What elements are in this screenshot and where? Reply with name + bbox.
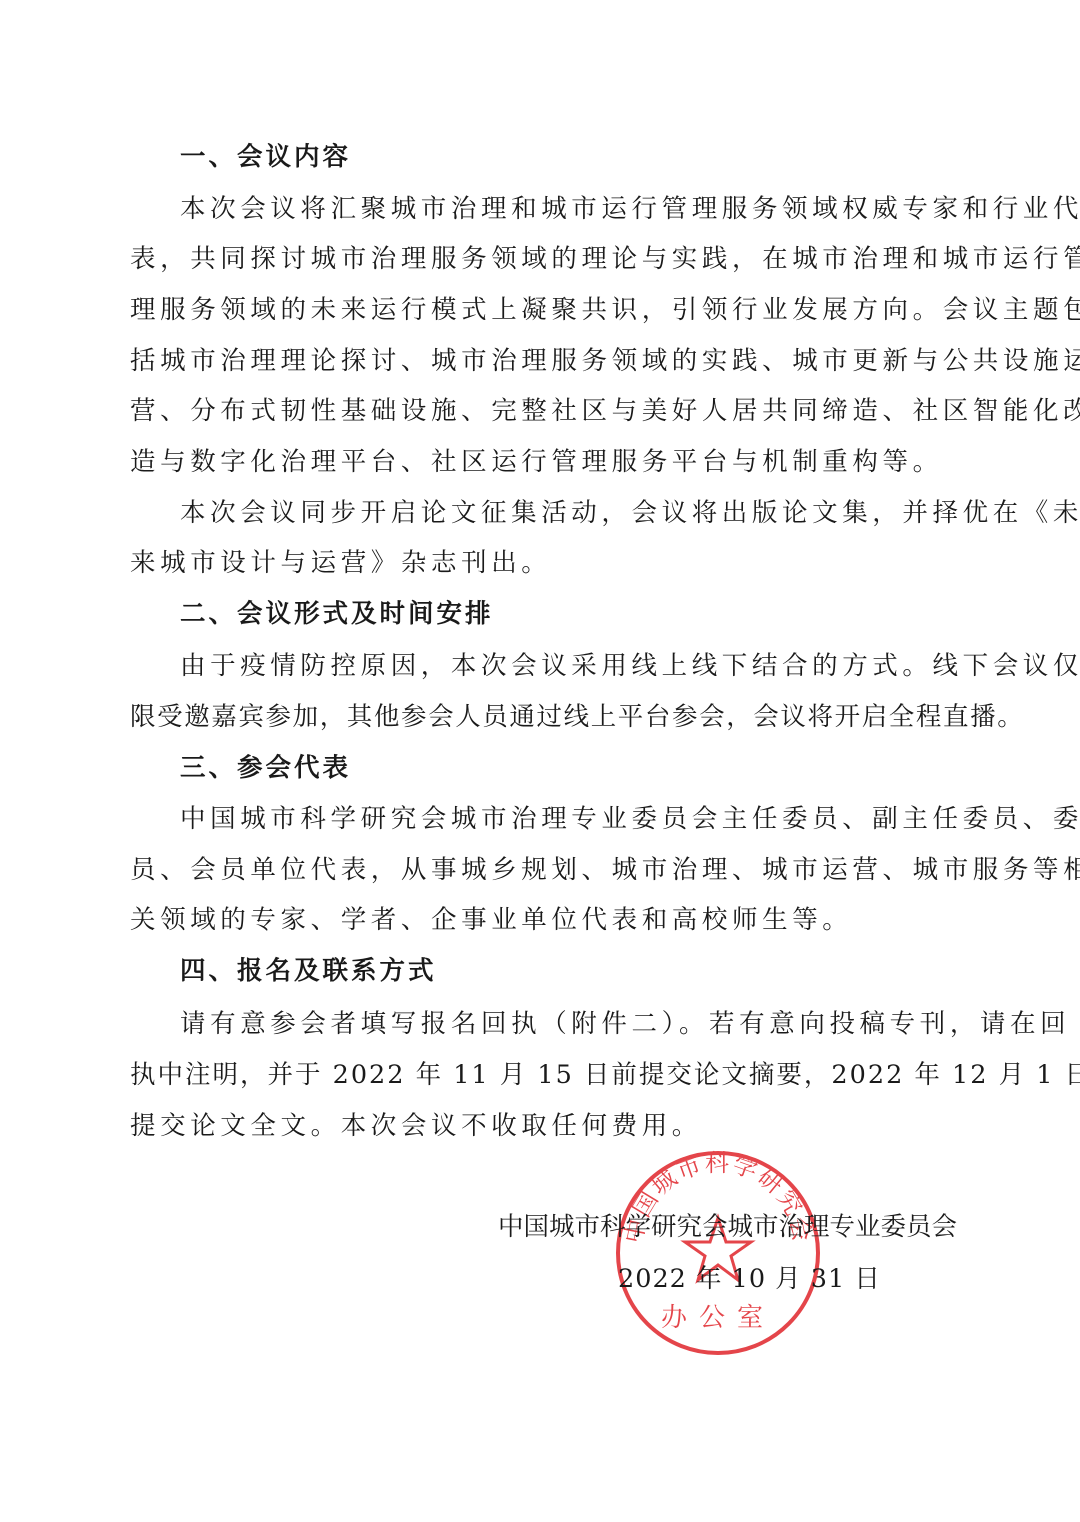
document-page: 一、会议内容 本次会议将汇聚城市治理和城市运行管理服务领域权威专家和行业代 表，…: [0, 0, 1080, 1522]
paragraph-line: 括城市治理理论探讨、城市治理服务领域的实践、城市更新与公共设施运: [130, 344, 950, 378]
paragraph-line: 本次会议同步开启论文征集活动，会议将出版论文集，并择优在《未: [180, 496, 950, 530]
svg-text:办公室: 办公室: [661, 1303, 775, 1333]
signature-organization: 中国城市科学研究会城市治理专业委员会: [498, 1210, 950, 1244]
paragraph-line: 理服务领域的未来运行模式上凝聚共识，引领行业发展方向。会议主题包: [130, 293, 950, 327]
paragraph-line: 中国城市科学研究会城市治理专业委员会主任委员、副主任委员、委: [180, 802, 950, 836]
paragraph-line: 关领域的专家、学者、企事业单位代表和高校师生等。: [130, 903, 950, 937]
section-heading-attendees: 三、参会代表: [180, 751, 950, 785]
paragraph-line: 造与数字化治理平台、社区运行管理服务平台与机制重构等。: [130, 445, 950, 479]
paragraph-line: 请有意参会者填写报名回执（附件二）。若有意向投稿专刊，请在回: [180, 1007, 950, 1041]
paragraph-line: 由于疫情防控原因，本次会议采用线上线下结合的方式。线下会议仅: [180, 649, 950, 683]
official-seal-icon: 中国城市科学研究会 办公室: [615, 1150, 821, 1356]
paragraph-line: 表，共同探讨城市治理服务领域的理论与实践，在城市治理和城市运行管: [130, 242, 950, 276]
signature-date: 2022 年 10 月 31 日: [618, 1262, 881, 1296]
paragraph-line: 营、分布式韧性基础设施、完整社区与美好人居共同缔造、社区智能化改: [130, 394, 950, 428]
paragraph-line: 执中注明，并于 2022 年 11 月 15 日前提交论文摘要，2022 年 1…: [130, 1058, 950, 1092]
paragraph-line: 提交论文全文。本次会议不收取任何费用。: [130, 1109, 950, 1143]
paragraph-line: 来城市设计与运营》杂志刊出。: [130, 546, 950, 580]
section-heading-registration-contact: 四、报名及联系方式: [180, 954, 950, 988]
section-heading-meeting-content: 一、会议内容: [180, 140, 950, 174]
section-heading-format-schedule: 二、会议形式及时间安排: [180, 597, 950, 631]
paragraph-line: 限受邀嘉宾参加，其他参会人员通过线上平台参会，会议将开启全程直播。: [130, 700, 950, 734]
paragraph-line: 员、会员单位代表，从事城乡规划、城市治理、城市运营、城市服务等相: [130, 853, 950, 887]
paragraph-line: 本次会议将汇聚城市治理和城市运行管理服务领域权威专家和行业代: [180, 192, 950, 226]
